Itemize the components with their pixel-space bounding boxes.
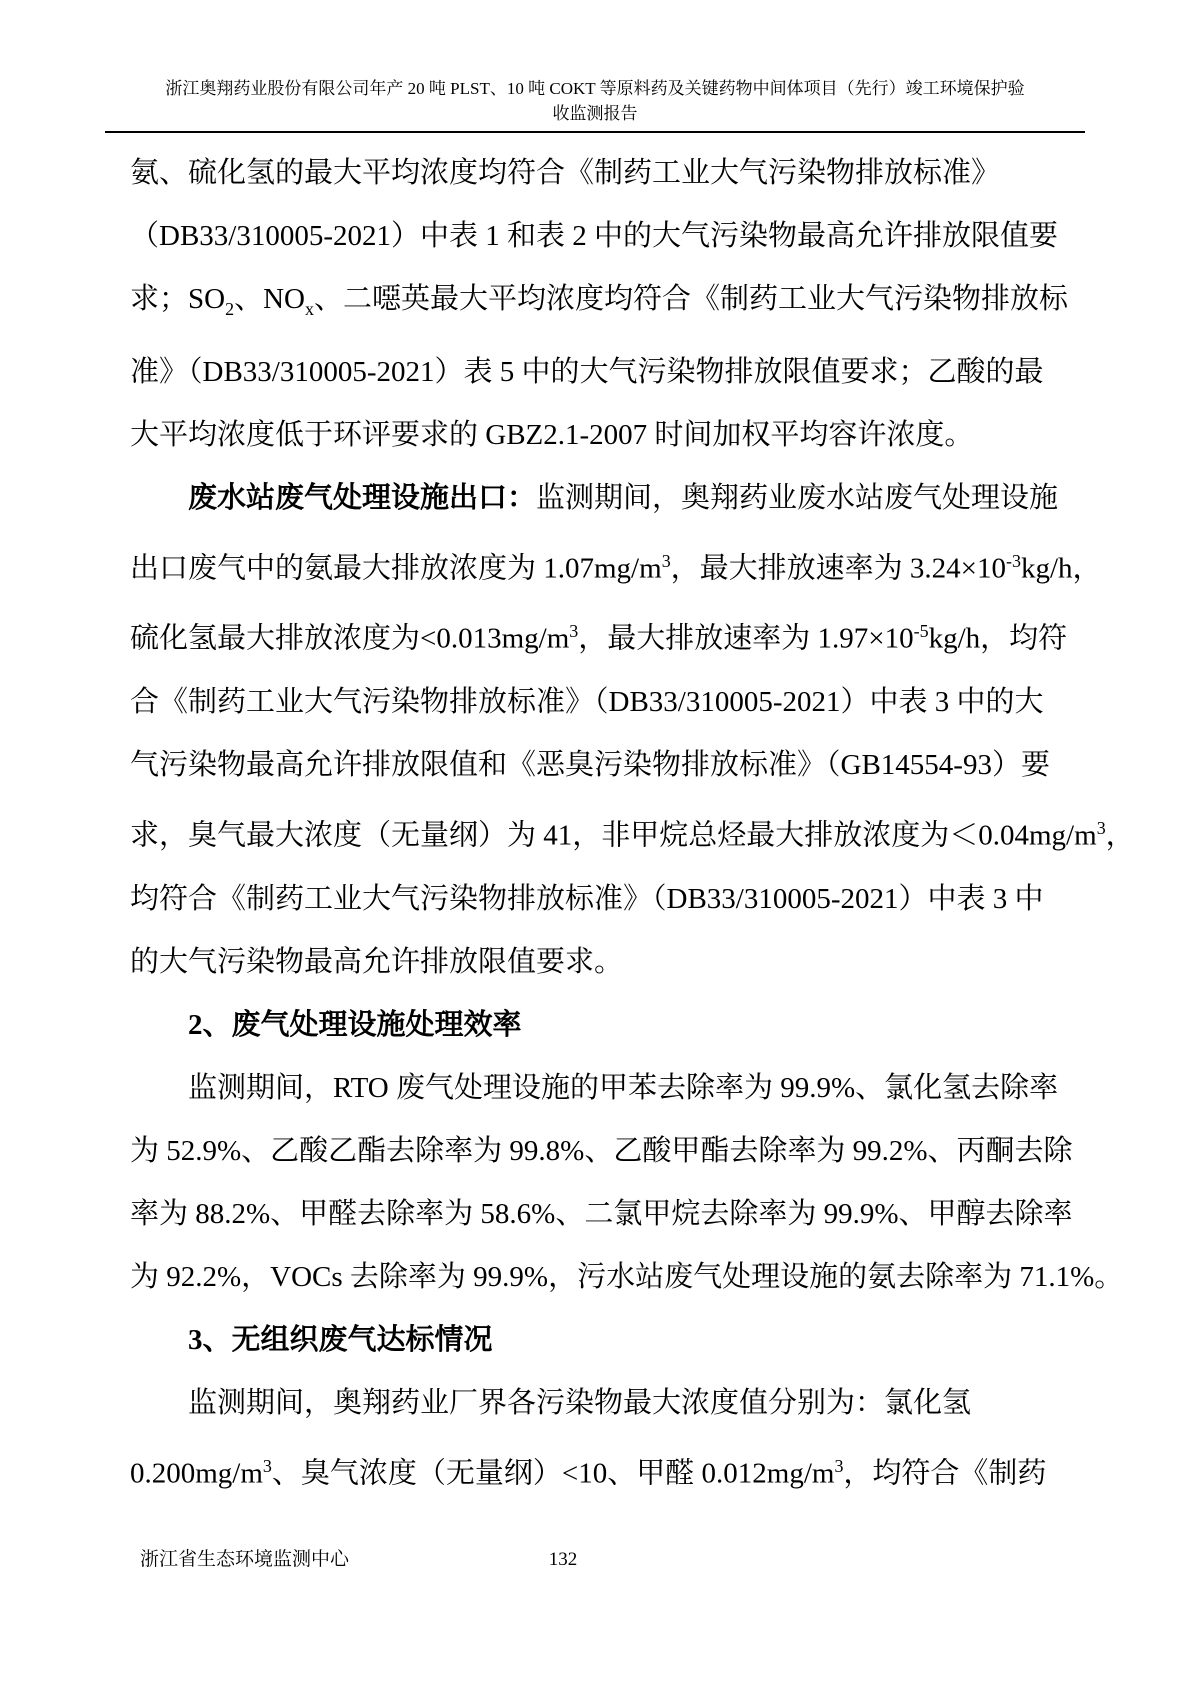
body-line: 求，臭气最大浓度（无量纲）为 41，非甲烷总烃最大排放浓度为＜0.04mg/m3… <box>130 797 1062 868</box>
body-line: 气污染物最高允许排放限值和《恶臭污染物排放标准》（GB14554-93）要 <box>130 734 1062 797</box>
text-segment: ，最大排放速率为 3.24×10 <box>671 552 1006 584</box>
text-segment: 2 <box>225 299 234 319</box>
body-line: 废水站废气处理设施出口：监测期间，奥翔药业废水站废气处理设施 <box>130 467 1062 530</box>
body-line: 求；SO2、NOx、二噁英最大平均浓度均符合《制药工业大气污染物排放标 <box>130 268 1062 341</box>
page-header: 浙江奥翔药业股份有限公司年产 20 吨 PLST、10 吨 COKT 等原料药及… <box>105 76 1085 133</box>
text-segment: 、二噁英最大平均浓度均符合《制药工业大气污染物排放标 <box>314 283 1068 315</box>
text-segment: 气污染物最高允许排放限值和《恶臭污染物排放标准》（GB14554-93）要 <box>130 749 1050 781</box>
text-segment: ，最大排放速率为 1.97×10 <box>578 623 913 655</box>
text-segment: 均符合《制药工业大气污染物排放标准》（DB33/310005-2021）中表 3… <box>130 883 1044 915</box>
text-segment: kg/h，均符 <box>929 623 1068 655</box>
text-segment: 求，臭气最大浓度（无量纲）为 41，非甲烷总烃最大排放浓度为＜0.04mg/m <box>130 820 1097 852</box>
text-segment: 出口废气中的氨最大排放浓度为 1.07mg/m <box>130 552 662 584</box>
body-line: 氨、硫化氢的最大平均浓度均符合《制药工业大气污染物排放标准》 <box>130 142 1062 205</box>
text-segment: 3 <box>662 551 671 571</box>
text-segment: ，均符合《制药 <box>843 1457 1046 1489</box>
text-segment: x <box>305 299 314 319</box>
body-line: 监测期间，奥翔药业厂界各污染物最大浓度值分别为：氯化氢 <box>130 1372 1062 1435</box>
text-segment: 、NO <box>234 283 305 315</box>
text-segment: 为 92.2%，VOCs 去除率为 99.9%，污水站废气处理设施的氨去除率为 … <box>130 1261 1123 1293</box>
body-line: （DB33/310005-2021）中表 1 和表 2 中的大气污染物最高允许排… <box>130 205 1062 268</box>
text-segment: 率为 88.2%、甲醛去除率为 58.6%、二氯甲烷去除率为 99.9%、甲醇去… <box>130 1198 1072 1230</box>
page-number: 132 <box>549 1547 578 1573</box>
header-title-line-1: 浙江奥翔药业股份有限公司年产 20 吨 PLST、10 吨 COKT 等原料药及… <box>105 76 1085 101</box>
text-segment: ， <box>1106 820 1135 852</box>
body-line: 准》（DB33/310005-2021）表 5 中的大气污染物排放限值要求；乙酸… <box>130 341 1062 404</box>
text-segment: 为 52.9%、乙酸乙酯去除率为 99.8%、乙酸甲酯去除率为 99.2%、丙酮… <box>130 1135 1072 1167</box>
body-line: 大平均浓度低于环评要求的 GBZ2.1-2007 时间加权平均容许浓度。 <box>130 404 1062 467</box>
section-heading: 3、无组织废气达标情况 <box>130 1309 1062 1372</box>
text-segment: 2、废气处理设施处理效率 <box>188 1009 522 1041</box>
document-body: 氨、硫化氢的最大平均浓度均符合《制药工业大气污染物排放标准》（DB33/3100… <box>130 142 1062 1505</box>
text-segment: 合《制药工业大气污染物排放标准》（DB33/310005-2021）中表 3 中… <box>130 686 1044 718</box>
text-segment: 、臭气浓度（无量纲）<10、甲醛 0.012mg/m <box>272 1457 835 1489</box>
text-segment: -5 <box>914 621 929 641</box>
section-heading: 2、废气处理设施处理效率 <box>130 994 1062 1057</box>
text-segment: 氨、硫化氢的最大平均浓度均符合《制药工业大气污染物排放标准》 <box>130 157 1000 189</box>
text-segment: 监测期间，RTO 废气处理设施的甲苯去除率为 99.9%、氯化氢去除率 <box>188 1072 1058 1104</box>
text-segment: （DB33/310005-2021）中表 1 和表 2 中的大气污染物最高允许排… <box>130 220 1058 252</box>
body-line: 出口废气中的氨最大排放浓度为 1.07mg/m3，最大排放速率为 3.24×10… <box>130 530 1062 601</box>
body-line: 的大气污染物最高允许排放限值要求。 <box>130 931 1062 994</box>
text-segment: -3 <box>1006 551 1021 571</box>
text-segment: 硫化氢最大排放浓度为<0.013mg/m <box>130 623 569 655</box>
text-segment: 3 <box>263 1456 272 1476</box>
body-line: 率为 88.2%、甲醛去除率为 58.6%、二氯甲烷去除率为 99.9%、甲醇去… <box>130 1183 1062 1246</box>
text-segment: 监测期间，奥翔药业废水站废气处理设施 <box>536 482 1058 514</box>
body-line: 为 52.9%、乙酸乙酯去除率为 99.8%、乙酸甲酯去除率为 99.2%、丙酮… <box>130 1120 1062 1183</box>
text-segment: 准》（DB33/310005-2021）表 5 中的大气污染物排放限值要求；乙酸… <box>130 356 1044 388</box>
text-segment: 0.200mg/m <box>130 1457 263 1489</box>
body-line: 合《制药工业大气污染物排放标准》（DB33/310005-2021）中表 3 中… <box>130 671 1062 734</box>
text-segment: 求；SO <box>130 283 225 315</box>
text-segment: 废水站废气处理设施出口： <box>188 482 536 514</box>
text-segment: 3 <box>1097 818 1106 838</box>
text-segment: 监测期间，奥翔药业厂界各污染物最大浓度值分别为：氯化氢 <box>188 1387 971 1419</box>
document-page: 浙江奥翔药业股份有限公司年产 20 吨 PLST、10 吨 COKT 等原料药及… <box>0 0 1190 1683</box>
body-line: 监测期间，RTO 废气处理设施的甲苯去除率为 99.9%、氯化氢去除率 <box>130 1057 1062 1120</box>
text-segment: 的大气污染物最高允许排放限值要求。 <box>130 946 623 978</box>
text-segment: 3、无组织废气达标情况 <box>188 1324 493 1356</box>
body-line: 均符合《制药工业大气污染物排放标准》（DB33/310005-2021）中表 3… <box>130 868 1062 931</box>
body-line: 为 92.2%，VOCs 去除率为 99.9%，污水站废气处理设施的氨去除率为 … <box>130 1246 1062 1309</box>
text-segment: 大平均浓度低于环评要求的 GBZ2.1-2007 时间加权平均容许浓度。 <box>130 419 973 451</box>
text-segment: kg/h， <box>1021 552 1102 584</box>
header-title-line-2: 收监测报告 <box>105 101 1085 126</box>
body-line: 硫化氢最大排放浓度为<0.013mg/m3，最大排放速率为 1.97×10-5k… <box>130 600 1062 671</box>
body-line: 0.200mg/m3、臭气浓度（无量纲）<10、甲醛 0.012mg/m3，均符… <box>130 1435 1062 1506</box>
text-segment: 3 <box>569 621 578 641</box>
footer-organization: 浙江省生态环境监测中心 <box>140 1547 349 1573</box>
header-divider <box>105 131 1085 133</box>
